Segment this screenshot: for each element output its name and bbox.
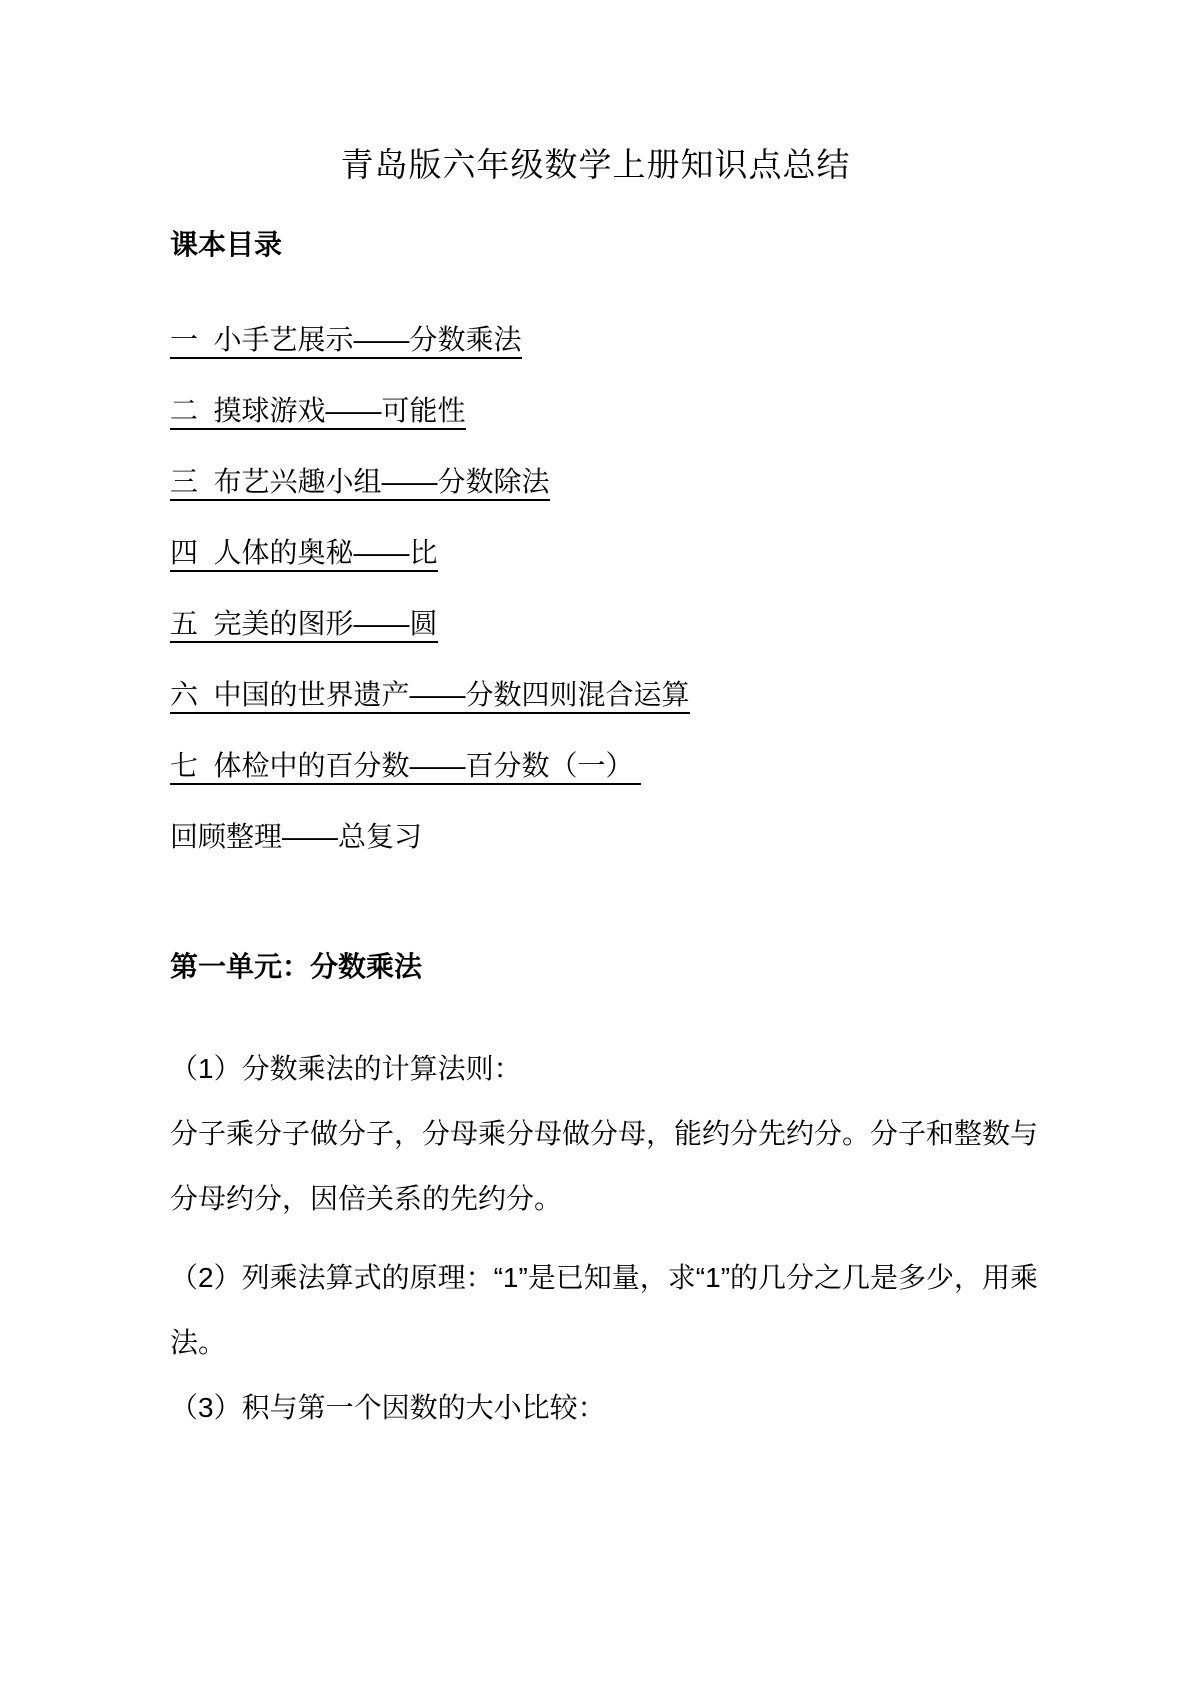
paragraph: （3）积与第一个因数的大小比较： bbox=[170, 1375, 1055, 1440]
document-page: 青岛版六年级数学上册知识点总结 课本目录 一 小手艺展示——分数乘法二 摸球游戏… bbox=[0, 0, 1191, 1684]
toc-item: 四 人体的奥秘——比 bbox=[170, 536, 1191, 607]
section-body: （1）分数乘法的计算法则：分子乘分子做分子，分母乘分母做分母，能约分先约分。分子… bbox=[170, 1036, 1055, 1440]
section-heading: 第一单元：分数乘法 bbox=[170, 950, 1191, 983]
text-line: 分子乘分子做分子，分母乘分母做分母，能约分先约分。分子和整数与 bbox=[170, 1101, 1055, 1166]
toc-link[interactable]: 一 小手艺展示——分数乘法 bbox=[170, 324, 522, 359]
text-line: 分母约分，因倍关系的先约分。 bbox=[170, 1166, 1055, 1231]
toc-link[interactable]: 四 人体的奥秘——比 bbox=[170, 537, 438, 572]
toc-link[interactable]: 七 体检中的百分数——百分数（一） bbox=[170, 750, 641, 785]
toc-list: 一 小手艺展示——分数乘法二 摸球游戏——可能性三 布艺兴趣小组——分数除法四 … bbox=[170, 323, 1191, 891]
toc-item: 七 体检中的百分数——百分数（一） bbox=[170, 749, 1191, 820]
text-line: 法。 bbox=[170, 1310, 1055, 1375]
paragraph: （2）列乘法算式的原理：“1”是已知量，求“1”的几分之几是多少，用乘法。 bbox=[170, 1245, 1055, 1375]
toc-text: 回顾整理——总复习 bbox=[170, 821, 422, 852]
paragraph: （1）分数乘法的计算法则： bbox=[170, 1036, 1055, 1101]
toc-item: 二 摸球游戏——可能性 bbox=[170, 394, 1191, 465]
toc-item: 三 布艺兴趣小组——分数除法 bbox=[170, 465, 1191, 536]
text-line: （2）列乘法算式的原理：“1”是已知量，求“1”的几分之几是多少，用乘 bbox=[170, 1245, 1055, 1310]
text-line: （3）积与第一个因数的大小比较： bbox=[170, 1375, 1055, 1440]
document-title: 青岛版六年级数学上册知识点总结 bbox=[0, 0, 1191, 186]
toc-item: 回顾整理——总复习 bbox=[170, 820, 1191, 891]
toc-item: 一 小手艺展示——分数乘法 bbox=[170, 323, 1191, 394]
toc-item: 五 完美的图形——圆 bbox=[170, 607, 1191, 678]
toc-link[interactable]: 五 完美的图形——圆 bbox=[170, 608, 438, 643]
toc-heading: 课本目录 bbox=[170, 228, 1191, 261]
toc-link[interactable]: 六 中国的世界遗产——分数四则混合运算 bbox=[170, 679, 690, 714]
text-line: （1）分数乘法的计算法则： bbox=[170, 1036, 1055, 1101]
toc-item: 六 中国的世界遗产——分数四则混合运算 bbox=[170, 678, 1191, 749]
toc-link[interactable]: 二 摸球游戏——可能性 bbox=[170, 395, 466, 430]
toc-link[interactable]: 三 布艺兴趣小组——分数除法 bbox=[170, 466, 550, 501]
paragraph: 分子乘分子做分子，分母乘分母做分母，能约分先约分。分子和整数与分母约分，因倍关系… bbox=[170, 1101, 1055, 1231]
